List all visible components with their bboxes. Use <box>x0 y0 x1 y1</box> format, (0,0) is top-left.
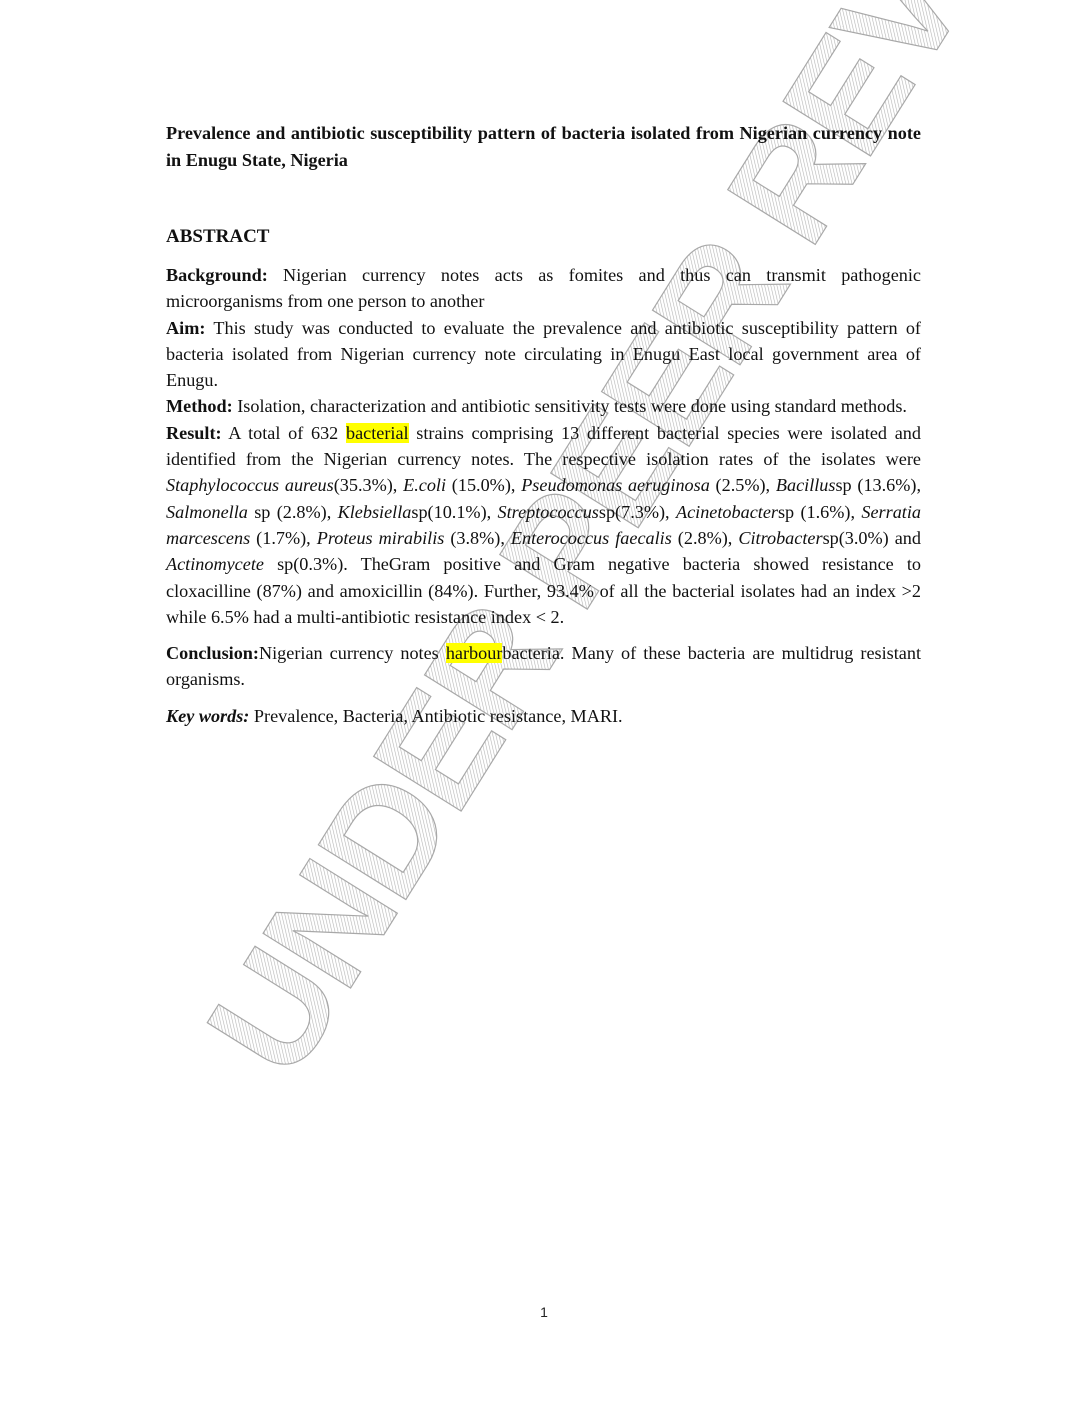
method-paragraph: Method: Isolation, characterization and … <box>166 393 921 419</box>
species-name: Bacillus <box>776 475 836 495</box>
text-run: (2.5%), <box>710 475 776 495</box>
species-name: Salmonella <box>166 502 248 522</box>
species-name: Enterococcus faecalis <box>511 528 672 548</box>
text-run: A total of 632 <box>222 423 346 443</box>
highlighted-word: bacterial <box>346 423 409 443</box>
species-name: Pseudomonas aeruginosa <box>521 475 710 495</box>
background-text: Nigerian currency notes acts as fomites … <box>166 265 921 311</box>
species-name: Acinetobacter <box>676 502 778 522</box>
result-text: A total of 632 bacterial strains compris… <box>166 423 921 627</box>
text-run: sp(7.3%), <box>599 502 676 522</box>
text-run: sp(10.1%), <box>411 502 497 522</box>
method-text: Isolation, characterization and antibiot… <box>233 396 907 416</box>
species-name: Klebsiella <box>338 502 412 522</box>
species-name: Proteus mirabilis <box>317 528 445 548</box>
keywords-paragraph: Key words: Prevalence, Bacteria, Antibio… <box>166 703 921 729</box>
text-run: sp(0.3%). TheGram positive and Gram nega… <box>166 554 921 627</box>
conclusion-text: Nigerian currency notes harbourbacteria.… <box>166 643 921 689</box>
paper-title: Prevalence and antibiotic susceptibility… <box>166 120 921 174</box>
text-run: Nigerian currency notes <box>259 643 446 663</box>
text-run: sp(3.0%) and <box>823 528 921 548</box>
aim-paragraph: Aim: This study was conducted to evaluat… <box>166 315 921 394</box>
keywords-text: Prevalence, Bacteria, Antibiotic resista… <box>249 706 622 726</box>
document-page: UNDER PEER REVIEW Prevalence and antibio… <box>0 0 1088 1408</box>
highlighted-word: harbour <box>446 643 503 663</box>
abstract-content: Prevalence and antibiotic susceptibility… <box>166 120 921 729</box>
abstract-heading: ABSTRACT <box>166 224 921 250</box>
aim-label: Aim: <box>166 318 205 338</box>
background-paragraph: Background: Nigerian currency notes acts… <box>166 262 921 315</box>
species-name: Citrobacter <box>738 528 822 548</box>
text-run: sp (13.6%), <box>835 475 921 495</box>
species-name: Actinomycete <box>166 554 264 574</box>
species-name: Staphylococcus aureus <box>166 475 334 495</box>
result-paragraph: Result: A total of 632 bacterial strains… <box>166 420 921 630</box>
text-run: sp (1.6%), <box>778 502 861 522</box>
text-run: (1.7%), <box>250 528 317 548</box>
species-name: Streptococcus <box>498 502 599 522</box>
background-label: Background: <box>166 265 268 285</box>
text-run: (2.8%), <box>672 528 739 548</box>
method-label: Method: <box>166 396 233 416</box>
species-name: E.coli <box>403 475 446 495</box>
text-run: (3.8%), <box>444 528 511 548</box>
aim-text: This study was conducted to evaluate the… <box>166 318 921 391</box>
conclusion-label: Conclusion: <box>166 643 259 663</box>
conclusion-paragraph: Conclusion:Nigerian currency notes harbo… <box>166 640 921 693</box>
page-number: 1 <box>0 1304 1088 1320</box>
text-run: sp (2.8%), <box>248 502 338 522</box>
keywords-label: Key words: <box>166 706 249 726</box>
text-run: (15.0%), <box>446 475 521 495</box>
text-run: (35.3%), <box>334 475 403 495</box>
result-label: Result: <box>166 423 222 443</box>
